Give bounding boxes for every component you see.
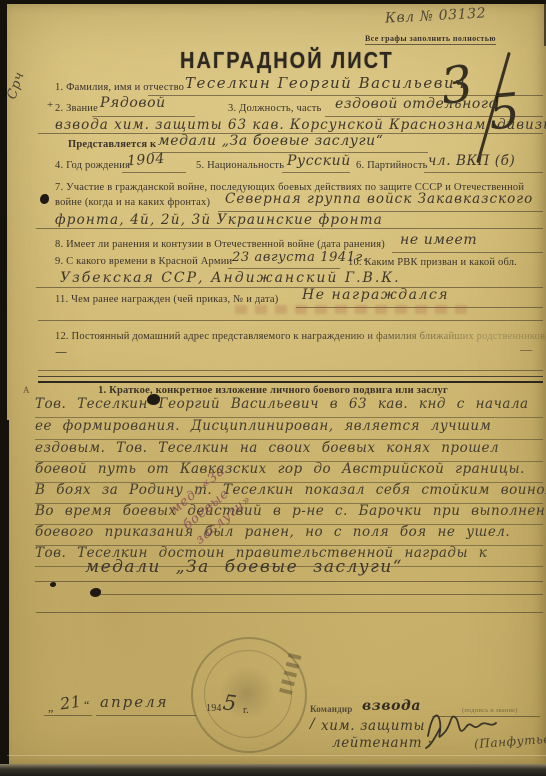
field1-value: Теселкин Георгий Васильевич <box>185 74 466 92</box>
citation-line: ее формирования. Дисциплинирован, являет… <box>35 418 543 440</box>
field7-underline2 <box>36 228 543 229</box>
margin-plus-mark: + <box>47 99 53 111</box>
empty-ruled-line1 <box>98 594 543 595</box>
field8-label: 8. Имеет ли ранения и контузии в Отечест… <box>55 239 385 250</box>
empty-ruled-line2 <box>36 612 543 613</box>
field12-label: 12. Постоянный домашний адрес представля… <box>55 331 545 342</box>
field5-label: 5. Национальность <box>196 160 284 171</box>
paper-fold-line <box>7 755 546 756</box>
date-quote-open: „ <box>48 700 54 715</box>
field3-value: ездовой отдельного <box>335 96 498 112</box>
field2-value: Рядовой <box>100 95 166 111</box>
field10-underline <box>36 287 543 288</box>
field4-underline <box>122 172 186 173</box>
commander-unit-handwritten: взвода <box>362 698 421 714</box>
citation-line: Тов. Теселкин Георгий Васильевич в 63 ка… <box>35 396 543 418</box>
unit-line2: хим. защиты <box>321 718 425 734</box>
citation-final-underline <box>35 581 543 582</box>
field10-label: 10. Каким РВК призван и какой обл. <box>348 257 517 268</box>
date-year-suffix: г. <box>243 705 249 716</box>
field5-value: Русский <box>287 153 351 169</box>
scan-edge-bottom <box>0 764 546 776</box>
commander-printed-label: Командир <box>310 704 353 714</box>
commander-rank: лейтенант : <box>332 735 432 751</box>
citation-heading: 1. Краткое, конкретное изложение личного… <box>0 385 546 396</box>
fill-note: Все графы заполнить полностью <box>365 34 496 45</box>
page-title: НАГРАДНОЙ ЛИСТ <box>180 48 394 74</box>
field4-value: 1904 <box>126 151 165 170</box>
date-day: 21 <box>59 692 83 714</box>
margin-ink-blob <box>40 194 49 204</box>
scan-edge-left-lower <box>0 420 9 776</box>
faded-red-stamp-smudge <box>235 305 470 314</box>
field8-value: не имеет <box>400 232 477 248</box>
field10-value: Узбекская ССР, Андижанский Г.В.К. <box>60 270 401 286</box>
field6-value: чл. ВКП (б) <box>428 153 515 169</box>
field6-underline <box>424 172 543 173</box>
field4-label: 4. Год рождения <box>55 160 130 171</box>
field11-value: Не награждался <box>302 287 449 303</box>
citation-line: боевого приказания был ранен, но с поля … <box>35 524 543 546</box>
citation-line: ездовым. Тов. Теселкин на своих боевых к… <box>35 440 543 462</box>
field9-label: 9. С какого времени в Красной Армии <box>55 256 232 267</box>
award-sheet-scan: Срч Квл № 03132 Все графы заполнить полн… <box>0 0 546 776</box>
field11-label: 11. Чем ранее награжден (чей приказ, № и… <box>55 294 278 305</box>
field2-label: 2. Звание <box>55 103 98 114</box>
empty-underline-row11 <box>38 320 543 321</box>
date-day-underline <box>44 715 92 716</box>
unit-slash: / <box>310 716 315 732</box>
field7-value-line1: Северная группа войск Закавказского <box>225 191 533 207</box>
field6-label: 6. Партийность <box>356 160 428 171</box>
field8-underline <box>392 252 543 253</box>
presented-label: Представляется к <box>68 139 156 150</box>
field3-value-line2: взвода хим. защиты 63 кав. Корсунской Кр… <box>55 117 546 133</box>
date-year-digit: 5 <box>222 690 239 716</box>
scan-edge-top <box>0 0 546 4</box>
separator-thin <box>38 370 543 371</box>
field3-label: 3. Должность, часть <box>228 103 321 114</box>
presented-value: медали „За боевые заслуги“ <box>158 133 384 149</box>
field9-underline <box>228 268 340 269</box>
field5-underline <box>282 172 350 173</box>
citation-line: В боях за Родину т. Теселкин показал себ… <box>35 482 543 504</box>
ink-blot-top <box>147 394 160 405</box>
field7-label-line2: войне (когда и на каких фронтах) <box>55 197 210 208</box>
field12-value-dash: — <box>55 345 68 359</box>
date-month-underline <box>96 715 196 716</box>
citation-final-line: медали „За боевые заслуги“ <box>85 557 403 577</box>
ink-blot-line <box>90 588 101 597</box>
separator-thick <box>38 376 543 383</box>
date-month: апреля <box>100 693 169 711</box>
field1-label: 1. Фамилия, имя и отчество <box>55 82 184 93</box>
citation-line: Во время боевых действий в р-не с. Бароч… <box>35 503 543 525</box>
field7-value-line2: фронта, 4й, 2й, 3й Украинские фронта <box>55 212 383 228</box>
date-quote-close: “ <box>84 698 90 713</box>
stray-dash-mark <box>520 350 532 351</box>
citation-line: боевой путь от Кавказских гор до Австрий… <box>35 461 543 483</box>
ink-blot-small <box>50 582 56 587</box>
date-year-printed: 194 <box>206 703 222 714</box>
